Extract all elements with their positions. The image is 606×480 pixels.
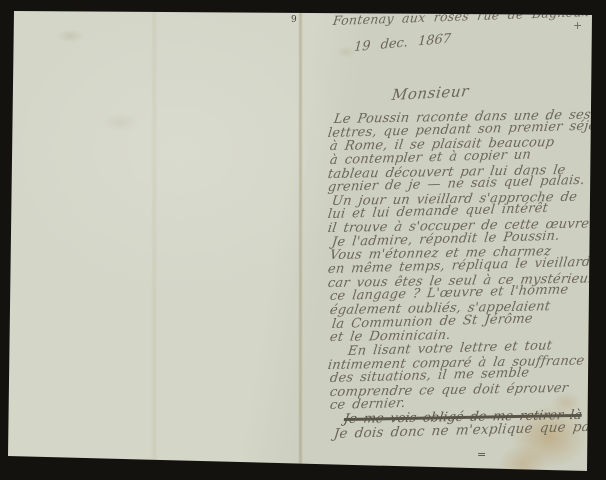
corner-flourish-mark: + <box>573 19 582 32</box>
letter-salutation: Monsieur <box>391 82 470 104</box>
bottom-pencil-mark: = <box>477 448 485 461</box>
letter-address-line: Fontenay aux roses rue de Bagneux 8 Sein… <box>332 2 606 28</box>
letter-date-line: 19 dec. 1867 <box>353 31 451 55</box>
letter-sheet: 9 + = Fontenay aux roses rue de Bagneux … <box>0 0 606 480</box>
folio-number-mark: 9 <box>291 15 297 25</box>
scan-background: 9 + = Fontenay aux roses rue de Bagneux … <box>0 0 606 480</box>
center-fold <box>298 11 303 471</box>
letter-body: Le Poussin raconte dans une de seslettre… <box>328 112 590 439</box>
paper-speck <box>6 330 9 332</box>
